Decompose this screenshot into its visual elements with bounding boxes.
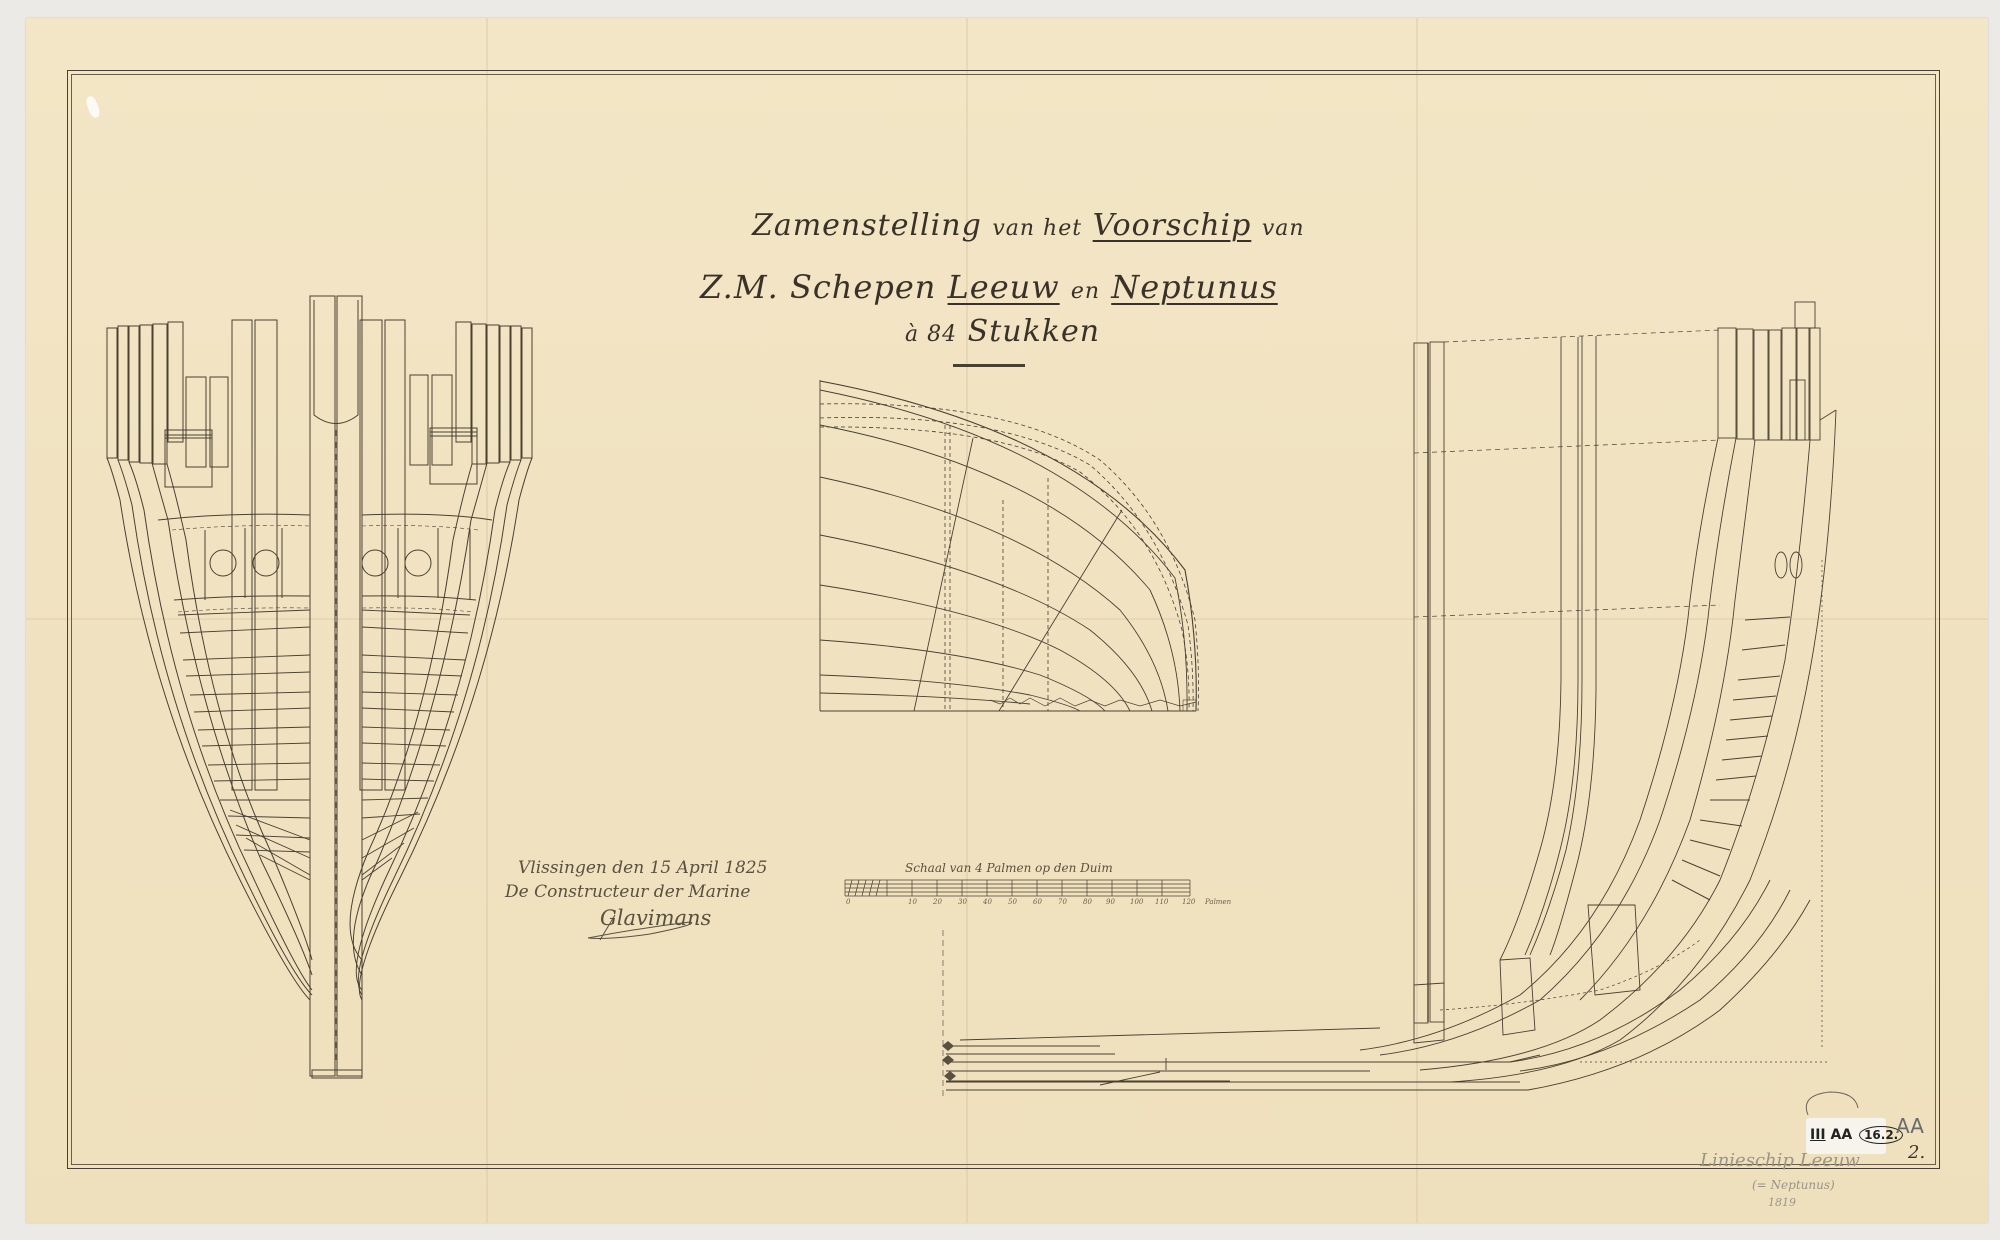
quarter-plan [820, 380, 1199, 711]
title-line-2: Z.M. Schepen Leeuw en Neptunus [700, 268, 1278, 306]
scale-bar [845, 880, 1190, 896]
signature-place-date: Vlissingen den 15 April 1825 [518, 858, 767, 878]
title-word: en [1071, 279, 1100, 304]
scale-tick-label: 70 [1058, 898, 1067, 906]
title-word: Schepen [790, 268, 936, 306]
title-line-1: Zamenstelling van het Voorschip van [752, 208, 1305, 243]
scale-tick-label: 50 [1008, 898, 1017, 906]
scale-tick-label: 90 [1106, 898, 1115, 906]
title-word: van [1262, 216, 1305, 241]
scale-tick-label: 0 [846, 898, 850, 906]
scale-tick-label: 40 [983, 898, 992, 906]
pencil-note-year: 1819 [1768, 1196, 1796, 1209]
archive-prefix: III [1810, 1127, 1826, 1143]
title-word: van het [992, 216, 1082, 241]
scale-tick-label: 20 [933, 898, 942, 906]
pencil-note-alias: (= Neptunus) [1752, 1178, 1835, 1192]
title-word: Stukken [968, 314, 1100, 349]
keel [942, 880, 1830, 1100]
sheet-number: 2. [1908, 1142, 1925, 1163]
technical-drawing [0, 0, 2000, 1240]
front-view [107, 296, 532, 1078]
title-word: Z.M. [700, 268, 779, 306]
scale-tick-label: 60 [1033, 898, 1042, 906]
signature-name: Glavimans [600, 906, 711, 930]
scale-title: Schaal van 4 Palmen op den Duim [905, 861, 1113, 875]
scale-tick-label: 10 [908, 898, 917, 906]
title-word: Zamenstelling [752, 208, 982, 243]
signature-role: De Constructeur der Marine [505, 882, 750, 902]
ship-name-neptunus: Neptunus [1111, 268, 1278, 306]
scale-tick-label: 100 [1130, 898, 1143, 906]
scale-unit: Palmen [1205, 898, 1231, 906]
margin-aa: AA [1896, 1114, 1924, 1138]
title-word: à 84 [905, 322, 957, 347]
title-line-3: à 84 Stukken [905, 314, 1100, 349]
scale-tick-label: 30 [958, 898, 967, 906]
pencil-note-ship: Linieschip Leeuw [1700, 1150, 1860, 1171]
archive-label: III AA 16.2. [1810, 1126, 1903, 1144]
scale-tick-label: 110 [1155, 898, 1168, 906]
title-word-underlined: Voorschip [1093, 208, 1252, 243]
archive-series: AA [1831, 1127, 1853, 1143]
ship-name-leeuw: Leeuw [948, 268, 1060, 306]
title-rule [953, 364, 1025, 367]
scale-tick-label: 80 [1083, 898, 1092, 906]
scale-tick-label: 120 [1182, 898, 1195, 906]
pencil-circle [1806, 1092, 1858, 1115]
